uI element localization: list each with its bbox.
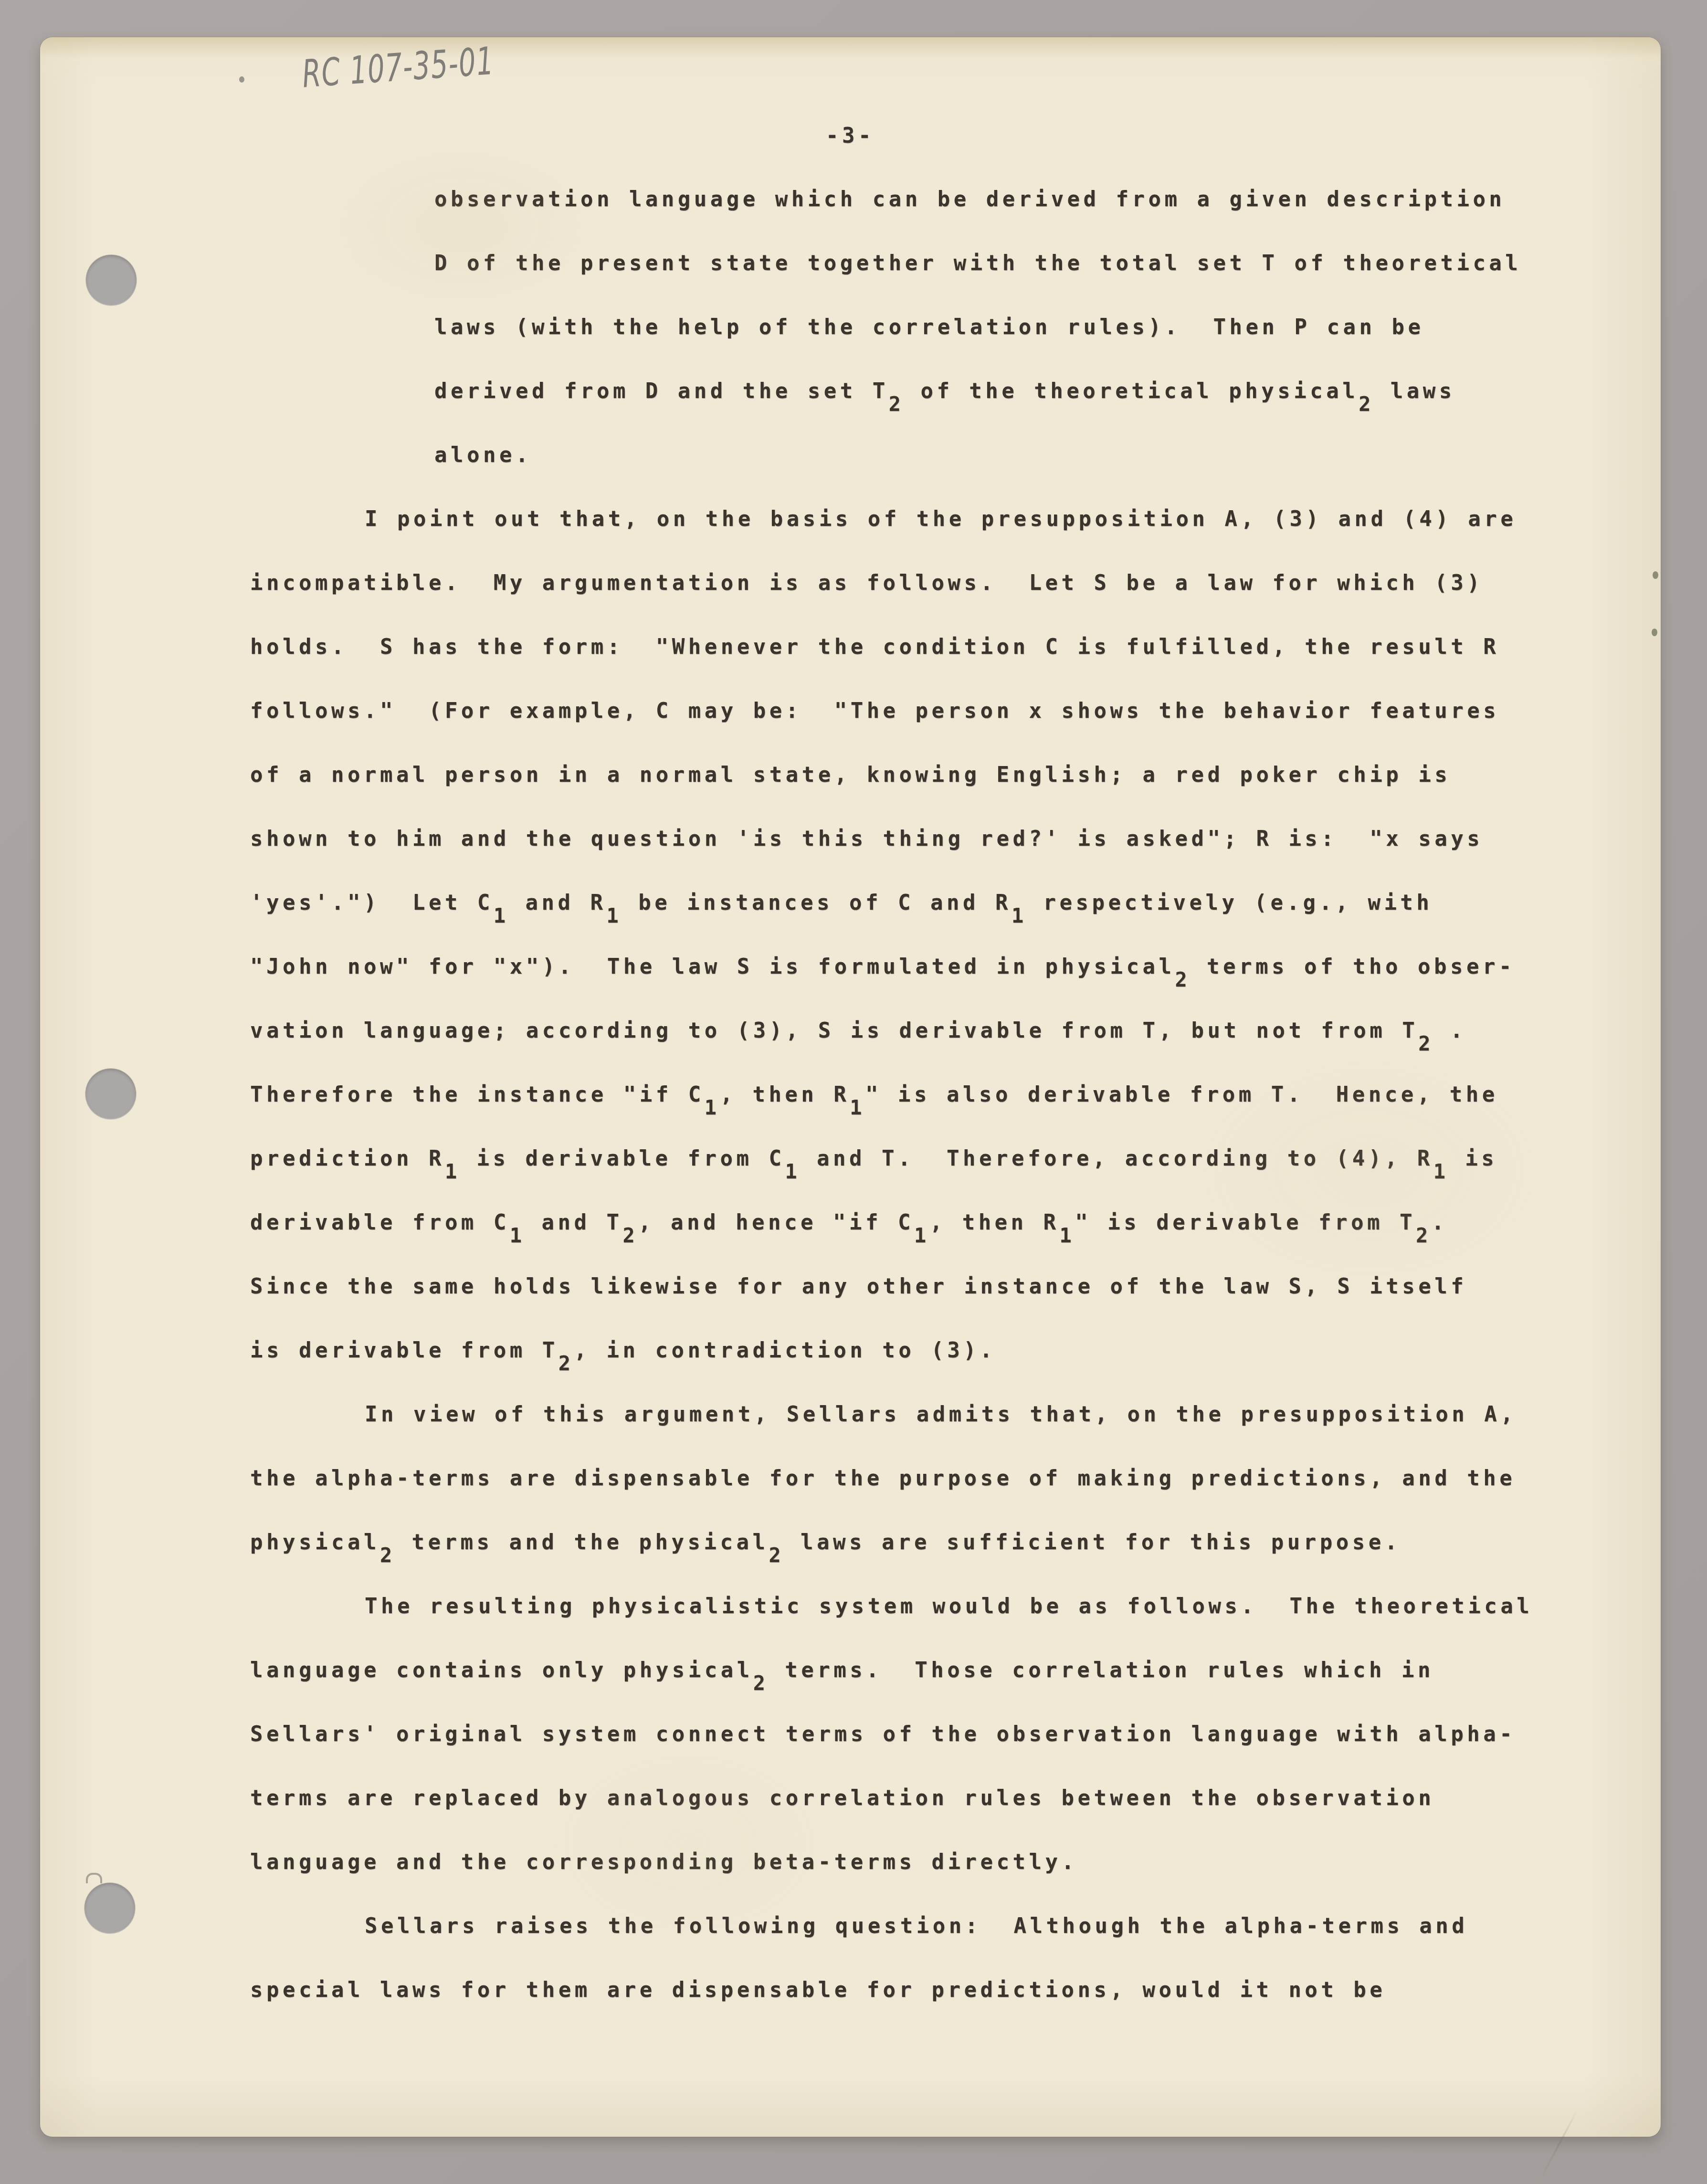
subscript: 1 (494, 904, 509, 927)
text-line: language contains only physical2 terms. … (250, 1638, 1601, 1702)
pencil-squiggle (86, 1873, 102, 1883)
subscript: 1 (785, 1160, 801, 1183)
text-line: The resulting physicalistic system would… (250, 1575, 1601, 1638)
subscript: 2 (753, 1671, 769, 1695)
subscript: 2 (769, 1543, 784, 1567)
subscript: 1 (705, 1096, 720, 1119)
text-line: "John now" for "x"). The law S is formul… (250, 935, 1601, 999)
text-line: Sellars raises the following question: A… (250, 1894, 1601, 1958)
subscript: 1 (510, 1224, 526, 1247)
text-line: derived from D and the set T2 of the the… (250, 359, 1601, 423)
subscript: 1 (606, 904, 622, 927)
punch-hole (85, 1069, 136, 1119)
subscript: 1 (1060, 1224, 1075, 1247)
subscript: 2 (1175, 968, 1191, 991)
handwritten-annotation: RC 107-35-01 (301, 38, 495, 97)
subscript: 2 (1418, 1032, 1434, 1055)
subscript: 1 (445, 1160, 461, 1183)
punch-hole (86, 255, 137, 305)
subscript: 2 (622, 1224, 638, 1247)
text-line: holds. S has the form: "Whenever the con… (250, 615, 1601, 679)
subscript: 1 (914, 1224, 930, 1247)
text-line: Therefore the instance "if C1, then R1" … (250, 1063, 1601, 1127)
text-line: special laws for them are dispensable fo… (250, 1958, 1601, 2022)
subscript: 2 (1416, 1224, 1432, 1247)
text-line: alone. (250, 423, 1601, 487)
text-line: In view of this argument, Sellars admits… (250, 1383, 1601, 1447)
text-line: follows." (For example, C may be: "The p… (250, 679, 1601, 743)
text-line: observation language which can be derive… (250, 168, 1601, 231)
text-line: Sellars' original system connect terms o… (250, 1702, 1601, 1766)
page-number: -3- (826, 104, 875, 168)
text-line: derivable from C1 and T2, and hence "if … (250, 1191, 1601, 1255)
punch-hole (84, 1883, 135, 1933)
subscript: 2 (558, 1352, 574, 1375)
text-line: language and the corresponding beta-term… (250, 1830, 1601, 1894)
text-line: physical2 terms and the physical2 laws a… (250, 1511, 1601, 1575)
subscript: 1 (1012, 904, 1027, 927)
paper: RC 107-35-01 -3- observation language wh… (40, 37, 1661, 2137)
text-line: of a normal person in a normal state, kn… (250, 743, 1601, 807)
text-line: incompatible. My argumentation is as fol… (250, 551, 1601, 615)
subscript: 1 (850, 1096, 865, 1119)
text-line: D of the present state together with the… (250, 231, 1601, 295)
text-line: vation language; according to (3), S is … (250, 999, 1601, 1063)
text-line: terms are replaced by analogous correlat… (250, 1766, 1601, 1830)
text-line: I point out that, on the basis of the pr… (250, 487, 1601, 551)
pencil-dot (239, 76, 244, 83)
text-line: shown to him and the question 'is this t… (250, 807, 1601, 871)
subscript: 2 (1359, 392, 1374, 416)
subscript: 1 (1433, 1160, 1449, 1183)
text-line: 'yes'.") Let C1 and R1 be instances of C… (250, 871, 1601, 935)
edge-speck (1652, 629, 1657, 636)
text-line: laws (with the help of the correlation r… (250, 295, 1601, 359)
text-line: the alpha-terms are dispensable for the … (250, 1447, 1601, 1511)
text-line: is derivable from T2, in contradiction t… (250, 1319, 1601, 1383)
subscript: 2 (380, 1543, 396, 1567)
subscript: 2 (889, 392, 905, 416)
text-line: prediction R1 is derivable from C1 and T… (250, 1127, 1601, 1191)
text-line: Since the same holds likewise for any ot… (250, 1255, 1601, 1319)
text-block: observation language which can be derive… (250, 168, 1601, 2022)
edge-speck (1653, 571, 1658, 579)
